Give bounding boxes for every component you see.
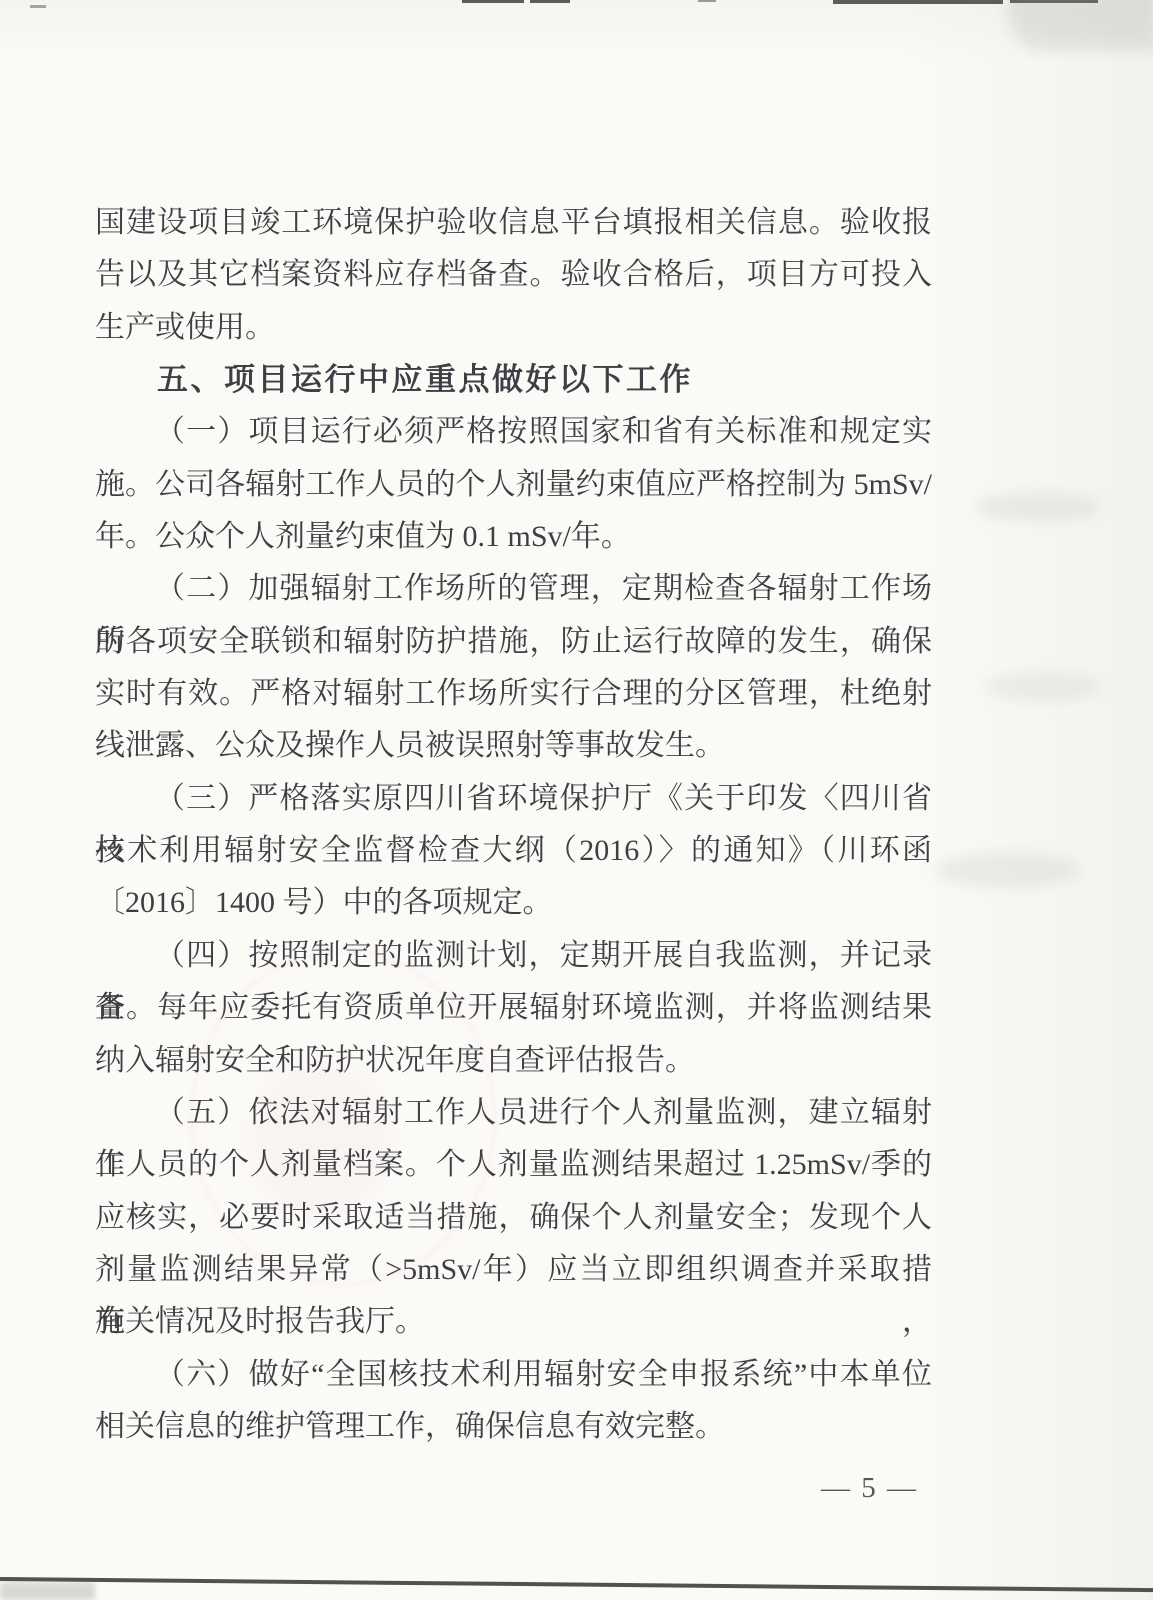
text-line: （二）加强辐射工作场所的管理，定期检查各辐射工作场所 (95, 563, 932, 615)
text-line: 〔2016〕1400 号）中的各项规定。 (95, 877, 932, 929)
text-line: （一）项目运行必须严格按照国家和省有关标准和规定实 (95, 406, 932, 458)
text-line: 年。公众个人剂量约束值为 0.1 mSv/年。 (95, 511, 932, 563)
scan-edge-bottom (0, 1577, 1153, 1592)
section-heading: 五、项目运行中应重点做好以下工作 (95, 354, 932, 406)
text-line: （四）按照制定的监测计划，定期开展自我监测，并记录备 (95, 930, 932, 982)
scan-edge-top-segment (698, 0, 716, 2)
ink-bleed-smudge (935, 852, 1080, 888)
ink-bleed-smudge (985, 672, 1100, 702)
text-line: （六）做好“全国核技术利用辐射安全申报系统”中本单位 (95, 1349, 932, 1401)
text-line: 线泄露、公众及操作人员被误照射等事故发生。 (95, 720, 932, 772)
text-line: 应核实，必要时采取适当措施，确保个人剂量安全；发现个人 (95, 1192, 932, 1244)
text-line: （三）严格落实原四川省环境保护厅《关于印发〈四川省核 (95, 773, 932, 825)
page-number: — 5 — (821, 1468, 918, 1508)
scan-corner-shade (0, 1582, 95, 1600)
text-line: 实时有效。严格对辐射工作场所实行合理的分区管理，杜绝射 (95, 668, 932, 720)
scanned-page: 国建设项目竣工环境保护验收信息平台填报相关信息。验收报告以及其它档案资料应存档备… (0, 0, 1153, 1600)
scan-edge-top-segment (1010, 0, 1098, 3)
text-line: 查。每年应委托有资质单位开展辐射环境监测，并将监测结果 (95, 982, 932, 1034)
text-line: 国建设项目竣工环境保护验收信息平台填报相关信息。验收报 (95, 197, 932, 249)
text-line: 剂量监测结果异常（>5mSv/年）应当立即组织调查并采取措施， (95, 1244, 932, 1296)
scan-corner-shade (1008, 0, 1153, 50)
text-line: 生产或使用。 (95, 302, 932, 354)
text-line: 告以及其它档案资料应存档备查。验收合格后，项目方可投入 (95, 249, 932, 301)
scan-edge-top-segment (462, 0, 524, 3)
ink-bleed-smudge (975, 492, 1100, 522)
text-line: （五）依法对辐射工作人员进行个人剂量监测，建立辐射工 (95, 1087, 932, 1139)
text-line: 施。公司各辐射工作人员的个人剂量约束值应严格控制为 5mSv/ (95, 459, 932, 511)
document-text: 国建设项目竣工环境保护验收信息平台填报相关信息。验收报告以及其它档案资料应存档备… (95, 197, 932, 1453)
text-line: 技术利用辐射安全监督检查大纲（2016）〉的通知》（川环函 (95, 825, 932, 877)
text-line: 作人员的个人剂量档案。个人剂量监测结果超过 1.25mSv/季的 (95, 1139, 932, 1191)
text-line: 纳入辐射安全和防护状况年度自查评估报告。 (95, 1035, 932, 1087)
text-line: 相关信息的维护管理工作，确保信息有效完整。 (95, 1401, 932, 1453)
scan-edge-top-segment (833, 0, 1003, 4)
text-line: 的各项安全联锁和辐射防护措施，防止运行故障的发生，确保 (95, 616, 932, 668)
scan-edge-top-segment (530, 0, 570, 3)
scan-edge-top-segment (30, 5, 46, 8)
